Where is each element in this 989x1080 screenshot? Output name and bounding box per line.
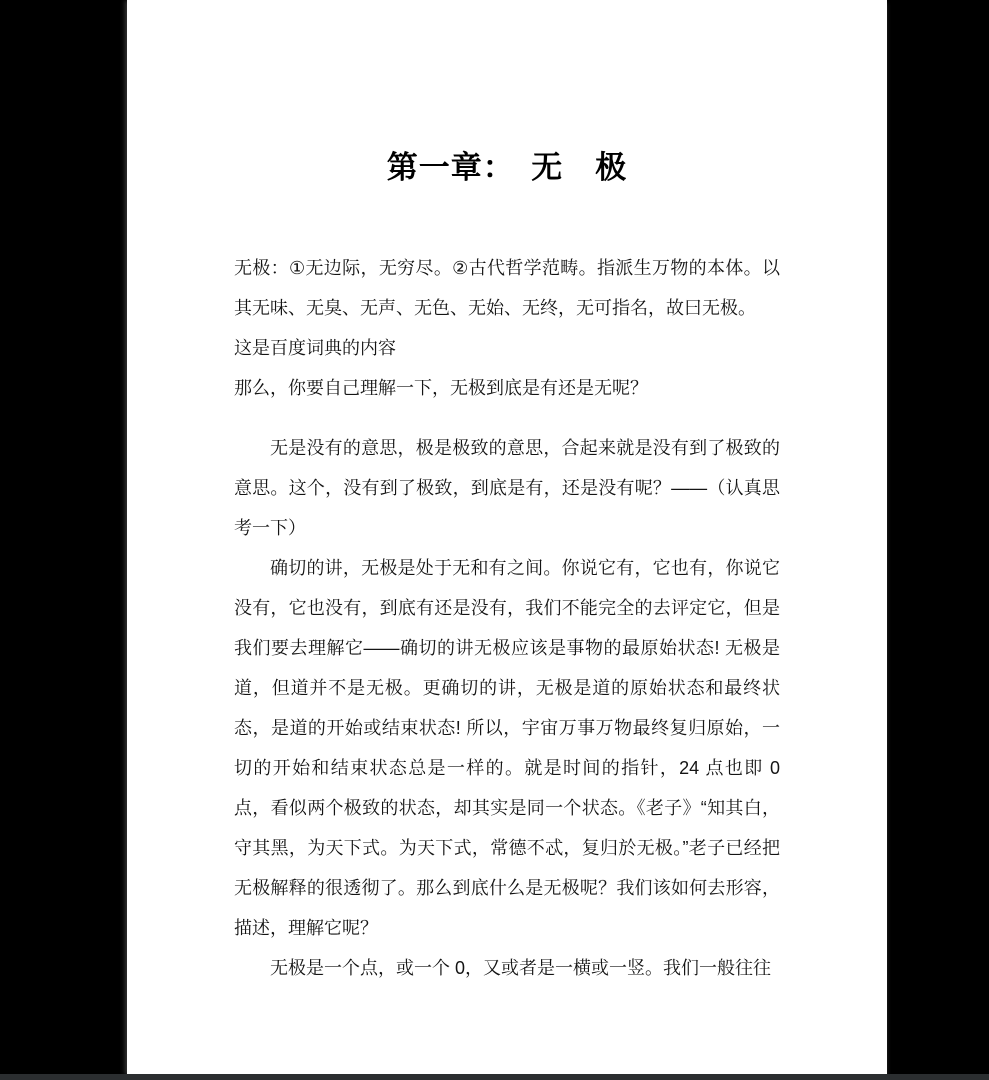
- paragraph-meaning: 无是没有的意思，极是极致的意思，合起来就是没有到了极致的意思。这个，没有到了极致…: [234, 428, 780, 548]
- chapter-title: 第一章： 无 极: [234, 146, 780, 190]
- paragraph-point: 无极是一个点，或一个 0，又或者是一横或一竖。我们一般往往: [234, 948, 780, 988]
- paragraph-question: 那么，你要自己理解一下，无极到底是有还是无呢？: [234, 368, 780, 408]
- document-page: 第一章： 无 极 无极：①无边际，无穷尽。②古代哲学范畴。指派生万物的本体。以其…: [127, 0, 887, 1074]
- paragraph-explanation: 确切的讲，无极是处于无和有之间。你说它有，它也有，你说它没有，它也没有，到底有还…: [234, 548, 780, 948]
- page-bottom-edge: [0, 1074, 989, 1080]
- paragraph-source-note: 这是百度词典的内容: [234, 328, 780, 368]
- paragraph-definition: 无极：①无边际，无穷尽。②古代哲学范畴。指派生万物的本体。以其无味、无臭、无声、…: [234, 248, 780, 328]
- body-text: 无极：①无边际，无穷尽。②古代哲学范畴。指派生万物的本体。以其无味、无臭、无声、…: [234, 248, 780, 988]
- page-content: 第一章： 无 极 无极：①无边际，无穷尽。②古代哲学范畴。指派生万物的本体。以其…: [234, 146, 780, 988]
